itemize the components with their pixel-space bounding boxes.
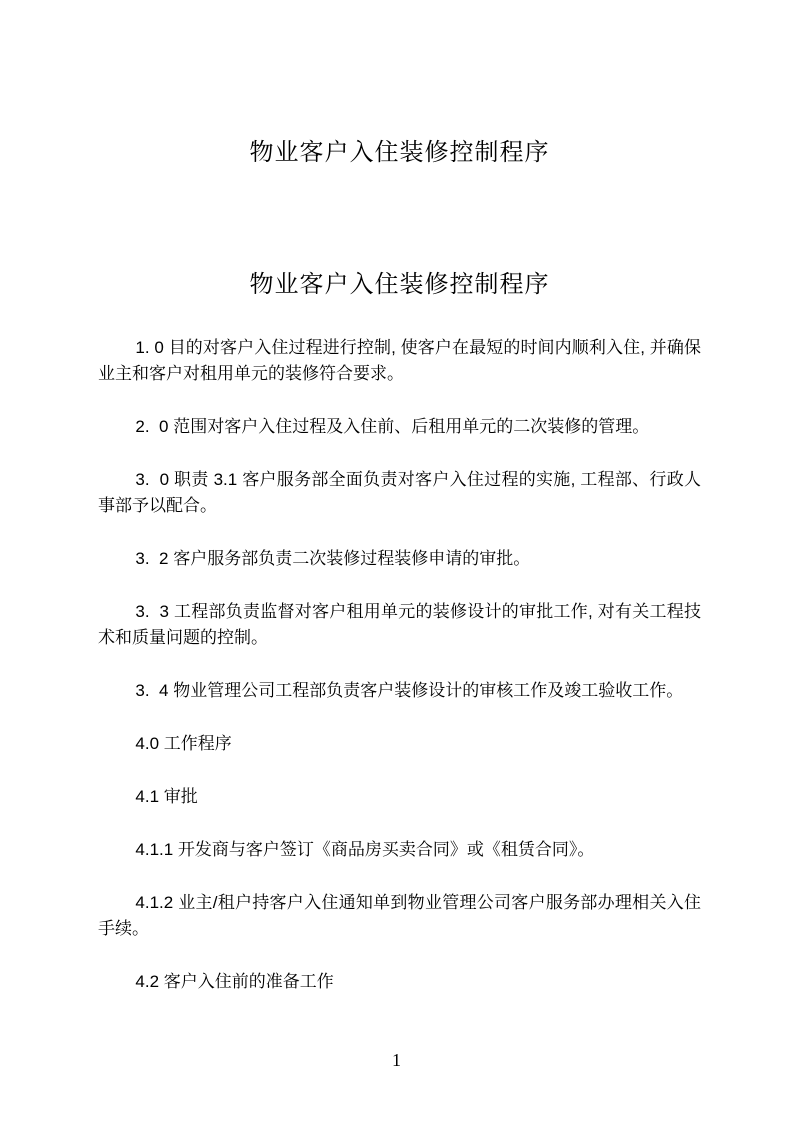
paragraph-3-3: 3. 3 工程部负责监督对客户租用单元的装修设计的审批工作, 对有关工程技术和质… xyxy=(98,599,701,651)
paragraph-2-0-scope: 2. 0 范围对客户入住过程及入住前、后租用单元的二次装修的管理。 xyxy=(98,414,701,440)
document-body-title: 物业客户入住装修控制程序 xyxy=(98,268,701,302)
paragraph-1-0-purpose: 1. 0 目的对客户入住过程进行控制, 使客户在最短的时间内顺利入住, 并确保业… xyxy=(98,335,701,387)
paragraph-4-1-2: 4.1.2 业主/租户持客户入住通知单到物业管理公司客户服务部办理相关入住手续。 xyxy=(98,890,701,942)
paragraph-4-0-procedure: 4.0 工作程序 xyxy=(98,731,701,757)
paragraph-4-1-1: 4.1.1 开发商与客户签订《商品房买卖合同》或《租赁合同》。 xyxy=(98,837,701,863)
page-number: 1 xyxy=(0,1048,793,1072)
document-header-title: 物业客户入住装修控制程序 xyxy=(98,136,701,170)
paragraph-4-1-approval: 4.1 审批 xyxy=(98,784,701,810)
paragraph-3-4: 3. 4 物业管理公司工程部负责客户装修设计的审核工作及竣工验收工作。 xyxy=(98,678,701,704)
paragraph-3-0-duties: 3. 0 职责 3.1 客户服务部全面负责对客户入住过程的实施, 工程部、行政人… xyxy=(98,467,701,519)
paragraph-3-2: 3. 2 客户服务部负责二次装修过程装修申请的审批。 xyxy=(98,546,701,572)
paragraph-4-2-preparation: 4.2 客户入住前的准备工作 xyxy=(98,969,701,995)
document-body: 1. 0 目的对客户入住过程进行控制, 使客户在最短的时间内顺利入住, 并确保业… xyxy=(98,335,701,995)
document-page: 物业客户入住装修控制程序 物业客户入住装修控制程序 1. 0 目的对客户入住过程… xyxy=(0,0,793,1122)
